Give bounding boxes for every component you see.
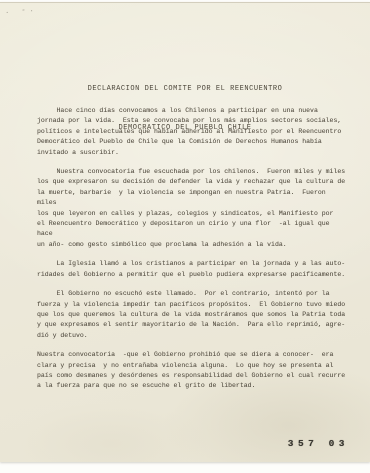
paragraph-5: Nuestra convocatoria -que el Gobierno pr… bbox=[37, 350, 349, 392]
paragraph-1: Hace cinco días convocamos a los Chileno… bbox=[37, 106, 349, 158]
document-body: Hace cinco días convocamos a los Chileno… bbox=[37, 106, 349, 401]
title-line-1: DECLARACION DEL COMITE POR EL REENCUENTR… bbox=[0, 83, 370, 96]
page-number-stamp: 357 03 bbox=[288, 438, 349, 449]
paragraph-3: La Iglesia llamó a los cristianos a part… bbox=[37, 259, 349, 280]
paper-sheet: . -. DECLARACION DEL COMITE POR EL REENC… bbox=[0, 2, 370, 462]
paragraph-4: El Gobierno no escuchó este llamado. Por… bbox=[37, 289, 349, 341]
pencil-marks: . -. bbox=[5, 6, 38, 16]
scanned-document: . -. DECLARACION DEL COMITE POR EL REENC… bbox=[0, 0, 370, 473]
paragraph-2: Nuestra convocatoria fue escuchada por l… bbox=[37, 167, 349, 250]
